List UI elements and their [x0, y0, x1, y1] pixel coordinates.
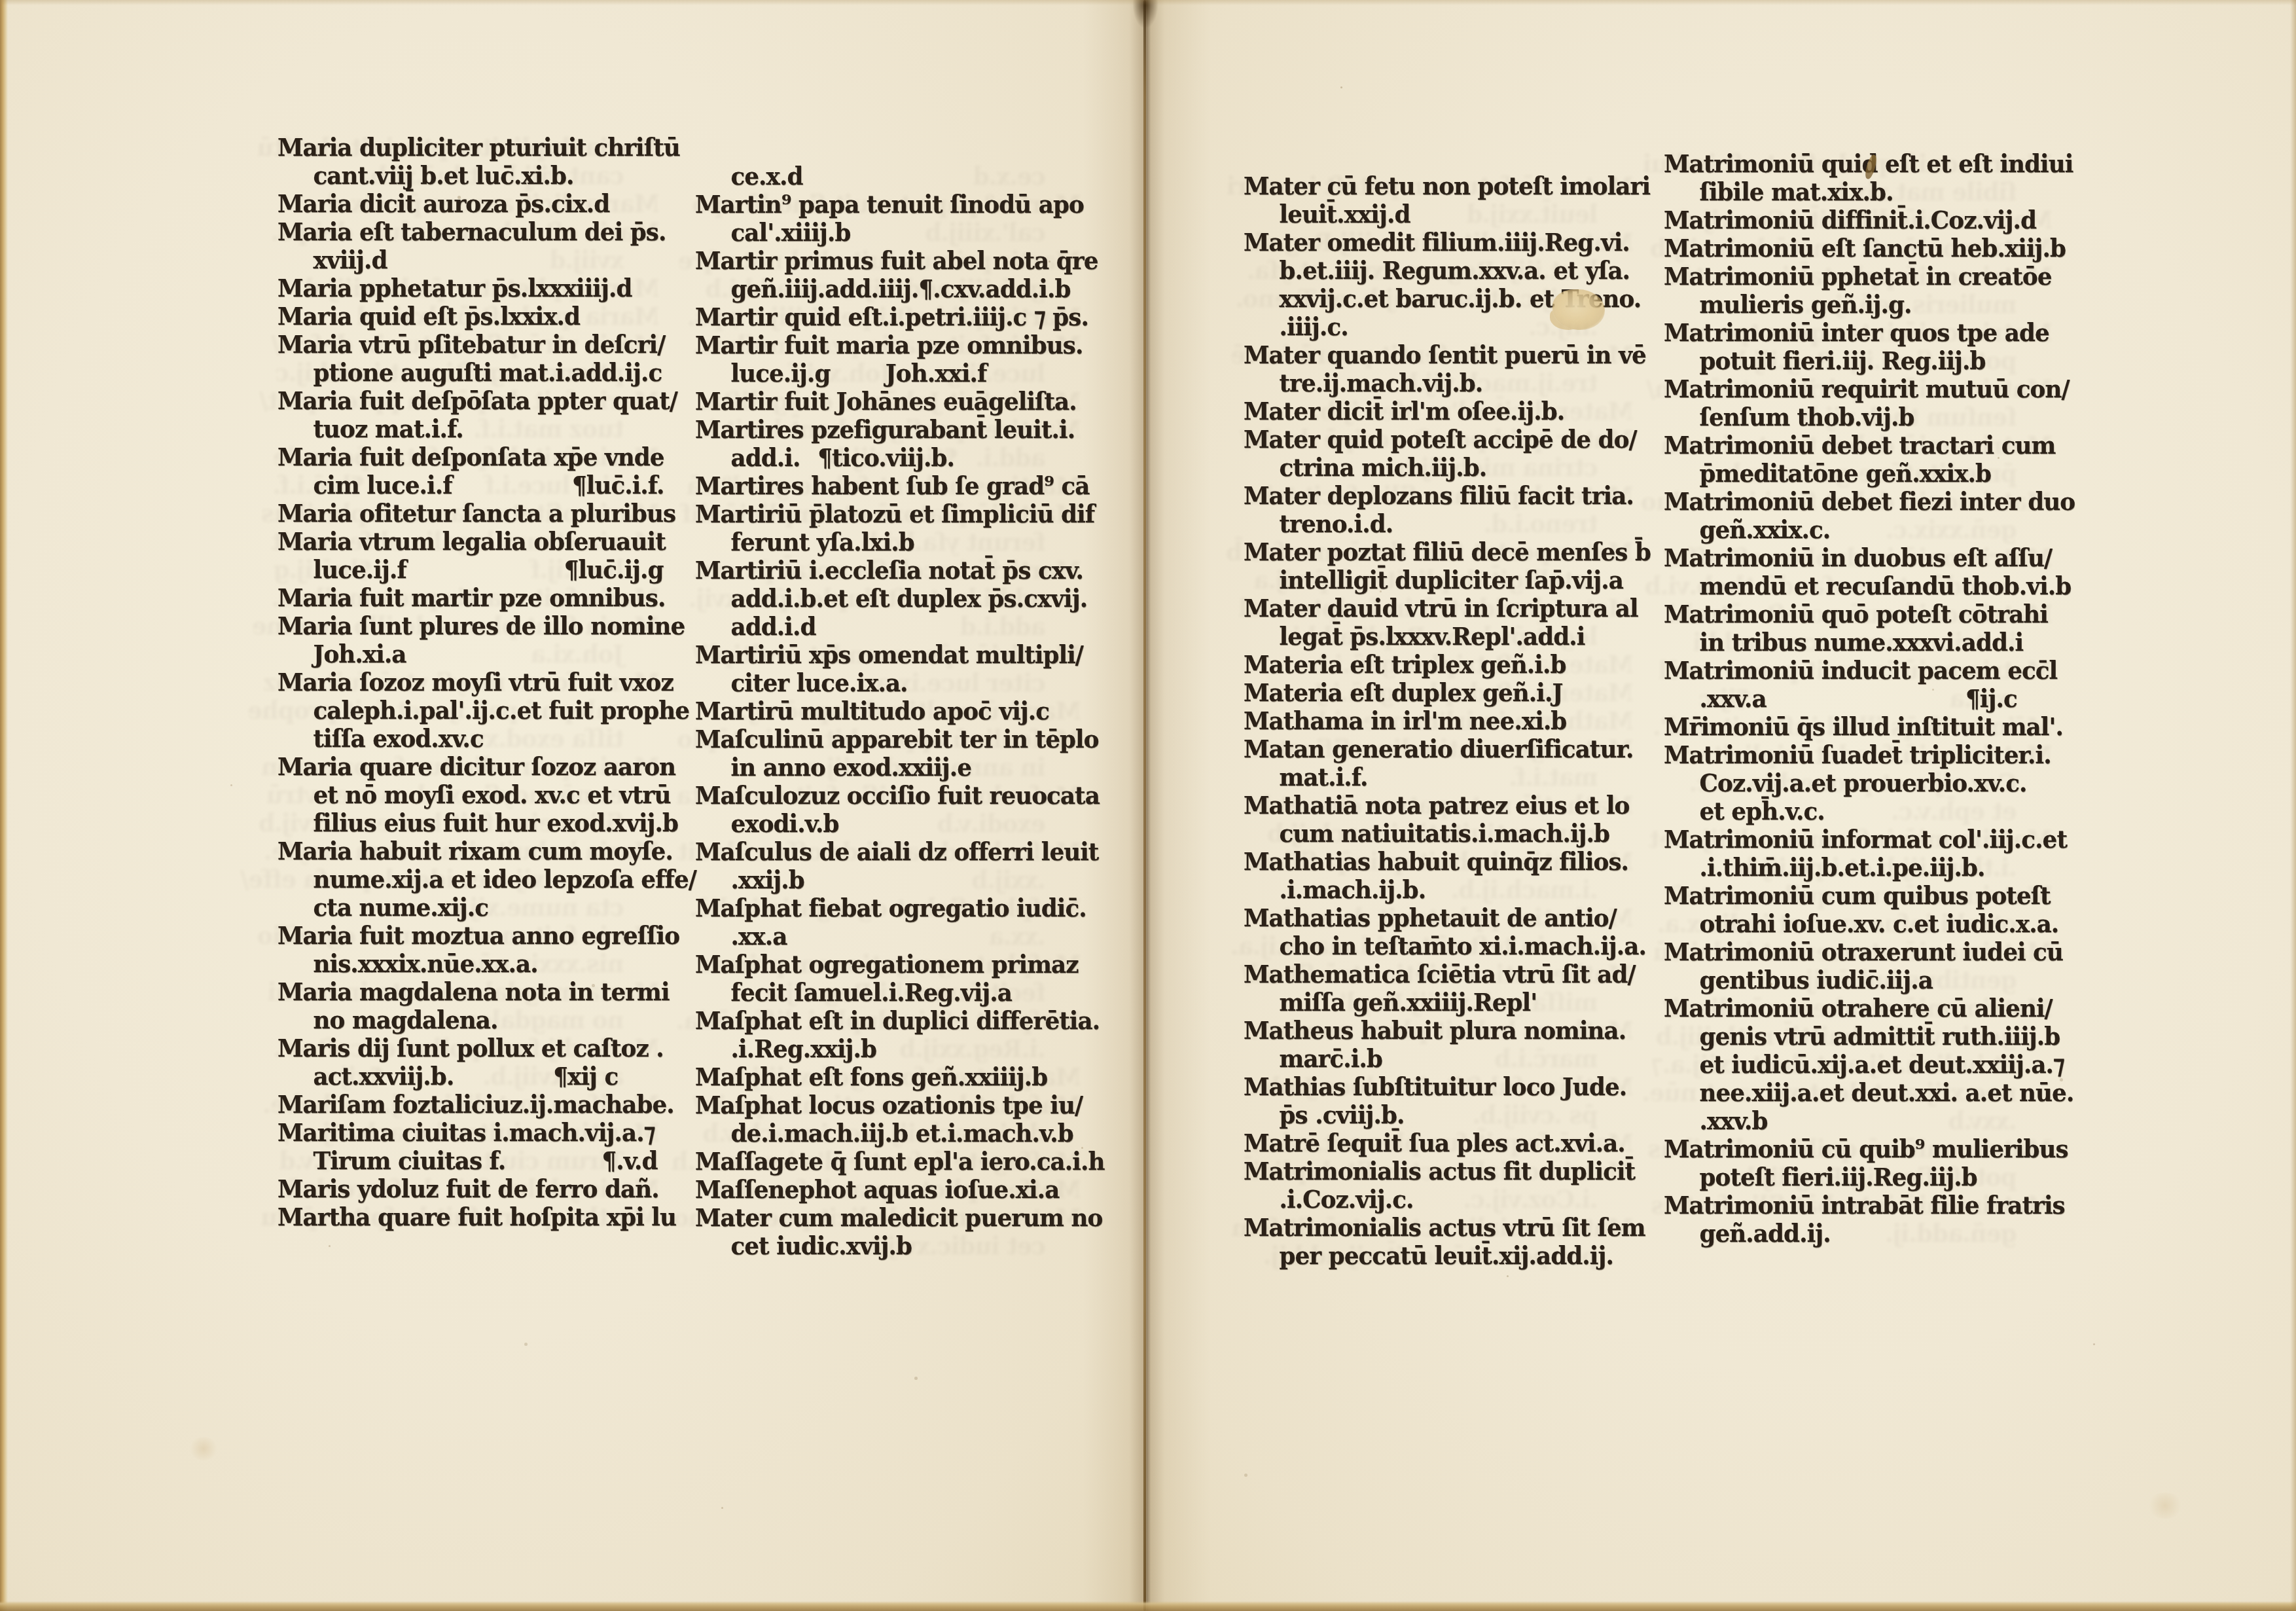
index-line: Matheus habuit plura nomina.	[1244, 1016, 1638, 1044]
index-line: filius eius fuit hur exod.xvij.b	[278, 808, 664, 837]
entry-text: de.i.mach.iij.b et.i.mach.v.b	[695, 1119, 1073, 1147]
entry-text: Mater quando ſentit puerū in vē	[1244, 340, 1646, 369]
index-line: Matrimoniū eſt ſanctū heb.xiij.b	[1664, 234, 2056, 262]
entry-text: Mariſam foztaliciuz.ij.machabe.	[278, 1090, 674, 1118]
entry-text: Maſſenephot aquas ioſue.xi.a	[695, 1175, 1059, 1203]
entry-text: exodi.v.b	[695, 809, 838, 837]
index-line: gentibus iudic̄.iij.a	[1664, 966, 2056, 994]
entry-text: Joh.xi.a	[278, 640, 406, 668]
index-line: Matrimoniū otrahere cū alieni/	[1664, 994, 2056, 1022]
entry-text: xxvij.c.et baruc.ij.b. et Treno.	[1244, 284, 1641, 312]
page-edge-top	[0, 0, 2296, 5]
index-line: Maria ſozoz moyſi vtrū fuit vxoz	[278, 668, 664, 696]
entry-text: Martires pzefigurabant̄ leuit.i.	[695, 415, 1075, 443]
entry-text: Martiriū p̄latozū et ſimpliciū dif	[695, 499, 1094, 528]
index-line: ferunt yſa.lxi.b	[695, 528, 1085, 556]
index-line: cta nume.xij.c	[278, 893, 664, 921]
index-line: Matrimoniū otraxerunt iudei cū	[1664, 937, 2056, 966]
entry-text: cho in teſtam̄to xi.i.mach.ij.a.	[1244, 932, 1646, 960]
index-line: Maſculinū apparebit ter in tēplo	[695, 725, 1085, 753]
entry-text: cim luce.i.f	[278, 471, 452, 499]
index-line: .i.Coz.vij.c.	[1244, 1185, 1638, 1213]
entry-text: in anno exod.xxiij.e	[695, 753, 971, 781]
entry-text: Martires habent ſub ſe grad⁹ cā	[695, 471, 1089, 499]
index-line: Mathatiā nota patrez eius et lo	[1244, 791, 1638, 819]
index-line: cho in teſtam̄to xi.i.mach.ij.a.	[1244, 932, 1638, 960]
entry-text: .i.mach.ij.b.	[1244, 875, 1426, 903]
entry-text: Matrimoniū inducit pacem ecc̄l	[1664, 656, 2057, 684]
index-line: Martin⁹ papa tenuit ſinodū apo	[695, 190, 1085, 218]
entry-text: Tirum ciuitas f.	[278, 1146, 505, 1174]
index-line: et iudicū.xij.a.et deut.xxiij.a.⁊	[1664, 1050, 2056, 1078]
entry-text: Maria magdalena nota in termi	[278, 977, 670, 1005]
entry-text: Maria ſozoz moyſi vtrū fuit vxoz	[278, 668, 673, 696]
entry-text: Matrimoniū otrahere cū alieni/	[1664, 994, 2053, 1022]
index-line: intelligit̄ dupliciter ſap̄.vij.a	[1244, 566, 1638, 594]
index-line: Martiriū i.eccleſia notat̄ p̄s cxv.	[695, 556, 1085, 584]
entry-text: p̄s .cviij.b.	[1244, 1100, 1405, 1129]
index-line: Martir primus fuit abel nota q̄re	[695, 246, 1085, 274]
index-line: Matrē ſequit̄ ſua ples act.xvi.a.	[1244, 1129, 1638, 1157]
entry-text: Mater deplozans filiū facit tria.	[1244, 481, 1634, 509]
index-line: Mater quando ſentit puerū in vē	[1244, 340, 1638, 369]
entry-text: Matrimonialis actus vtrū ſit ſem	[1244, 1213, 1645, 1241]
entry-text: et iudicū.xij.a.et deut.xxiij.a.⁊	[1664, 1050, 2064, 1078]
index-line: Maris ydoluz fuit de ferro dañ.	[278, 1174, 664, 1203]
reference-text: Joh.xxi.f	[886, 359, 987, 387]
index-line: Maſphat locus ozationis tpe iu/	[695, 1091, 1085, 1119]
entry-text: Martir quid eſt.i.petri.iiij.c ⁊ p̄s.	[695, 302, 1088, 331]
index-line: Mater dicit̄ irl'm oſee.ij.b.	[1244, 397, 1638, 425]
entry-text: geñ.iiij.add.iiij.¶.cxv.add.i.b	[695, 274, 1070, 302]
index-line: .xxv.b	[1664, 1106, 2056, 1134]
index-line: nis.xxxix.nūe.xx.a.	[278, 949, 664, 977]
entry-text: tuoz mat.i.f.	[278, 414, 463, 443]
entry-text: genis vtrū admittit̄ ruth.iiij.b	[1664, 1022, 2060, 1050]
index-line: citer luce.ix.a.	[695, 668, 1085, 697]
index-line: Maſculozuz occiſio fuit reuocata	[695, 781, 1085, 809]
index-line: cim luce.i.f¶luc̄.i.f.	[278, 471, 664, 499]
entry-text: Maſculozuz occiſio fuit reuocata	[695, 781, 1100, 809]
index-line: Matrimoniū intrabāt filie fratris	[1664, 1191, 2056, 1219]
entry-text: treno.i.d.	[1244, 509, 1393, 537]
index-line: Tirum ciuitas f.¶.v.d	[278, 1146, 664, 1174]
entry-text: Maſphat eſt fons geñ.xxiiij.b	[695, 1062, 1047, 1091]
entry-text: Mathatias habuit quinq̄z filios.	[1244, 847, 1628, 875]
index-line: Joh.xi.a	[278, 640, 664, 668]
index-line: Maria fuit moztua anno egreſſio	[278, 921, 664, 949]
entry-text: Maſphat ogregationem primaz	[695, 950, 1079, 978]
index-line: Matrimoniū quid eſt et eſt indiui	[1664, 149, 2056, 177]
entry-text: .i.Coz.vij.c.	[1244, 1185, 1414, 1213]
entry-text: Maria fuit deſponſata xp̄e vnde	[278, 443, 664, 471]
index-line: Matrimoniū requirit mutuū con/	[1664, 374, 2056, 403]
entry-text: .iiij.c.	[1244, 312, 1348, 340]
index-line: Maria fuit deſpōſata ppter quat/	[278, 386, 664, 414]
entry-text: add.i.b.et eſt duplex p̄s.cxvij.	[695, 584, 1087, 612]
index-line: Matrimoniū inter quos tpe ade	[1664, 318, 2056, 346]
entry-text: Maria fuit moztua anno egreſſio	[278, 921, 679, 949]
entry-text: Mater dauid vtrū in ſcriptura al	[1244, 594, 1638, 622]
entry-text: Matrimoniū debet tractari cum	[1664, 431, 2055, 459]
index-line: .i.Reg.xxij.b	[695, 1034, 1085, 1062]
reference-text: ¶.v.d	[601, 1146, 657, 1174]
index-line: add.i.b.et eſt duplex p̄s.cxvij.	[695, 584, 1085, 612]
index-line: geñ.add.ij.	[1664, 1219, 2056, 1247]
entry-text: Mater poztat filiū decē menſes b̄	[1244, 537, 1651, 566]
entry-text: Maria vtrum legalia obſeruauit	[278, 527, 666, 555]
index-line: cal'.xiiij.b	[695, 218, 1085, 246]
entry-text: Mathatiā nota patrez eius et lo	[1244, 791, 1629, 819]
entry-text: Matheus habuit plura nomina.	[1244, 1016, 1626, 1044]
index-line: Matrimoniū inducit pacem ecc̄l	[1664, 656, 2056, 684]
gutter-crease	[1143, 0, 1146, 1611]
index-line: luce.ij.f¶luc̄.ij.g	[278, 555, 664, 583]
index-line: Mater dauid vtrū in ſcriptura al	[1244, 594, 1638, 622]
index-line: Martir quid eſt.i.petri.iiij.c ⁊ p̄s.	[695, 302, 1085, 331]
entry-text: ptione auguſti mat.i.add.ij.c	[278, 358, 662, 386]
index-line: cant.viij b.et luc̄.xi.b.	[278, 161, 664, 189]
index-line: Materia eſt duplex geñ.i.J	[1244, 678, 1638, 706]
entry-text: Matrē ſequit̄ ſua ples act.xvi.a.	[1244, 1129, 1625, 1157]
entry-text: Maritima ciuitas i.mach.vij.a.⁊	[278, 1118, 655, 1146]
index-line: mulieris geñ.ij.g.	[1664, 290, 2056, 318]
index-line: Maris dij ſunt pollux et caſtoz .	[278, 1034, 664, 1062]
entry-text: Maſphat locus ozationis tpe iu/	[695, 1091, 1083, 1119]
index-line: .xxv.a¶ij.c	[1664, 684, 2056, 712]
entry-text: filius eius fuit hur exod.xvij.b	[278, 808, 678, 837]
entry-text: tre.ij.mach.vij.b.	[1244, 369, 1482, 397]
entry-text: Maria eſt tabernaculum dei p̄s.	[278, 217, 666, 245]
entry-text: .xxij.b	[695, 865, 804, 894]
index-line: Matrimoniū debet fiezi inter duo	[1664, 487, 2056, 515]
entry-text: Matrimoniū requirit mutuū con/	[1664, 374, 2070, 403]
entry-text: Martiriū xp̄s omendat multipli/	[695, 640, 1083, 668]
entry-text: Matrimoniū pphetat̄ in creatōe	[1664, 262, 2052, 290]
entry-text: Martir fuit maria pze omnibus.	[695, 331, 1083, 359]
index-line: Matrimoniū debet tractari cum	[1664, 431, 2056, 459]
index-line: Maria vtrū pſitebatur in deſcri/	[278, 330, 664, 358]
index-line: Matrimonialis actus fit duplicit̄	[1244, 1157, 1638, 1185]
entry-text: nee.xiij.a.et deut.xxi. a.et nūe.	[1664, 1078, 2073, 1106]
entry-text: Materia eſt triplex geñ.i.b	[1244, 650, 1566, 678]
entry-text: geñ.add.ij.	[1664, 1219, 1831, 1247]
index-line: Materia eſt triplex geñ.i.b	[1244, 650, 1638, 678]
index-line: Mater cū fetu non poteſt imolari	[1244, 172, 1638, 200]
entry-text: marc̄.i.b	[1244, 1044, 1382, 1072]
entry-text: Martirū multitudo apoc̄ vij.c	[695, 697, 1049, 725]
entry-text: et eph̄.v.c.	[1664, 797, 1825, 825]
index-line: Maria pphetatur p̄s.lxxxiiij.d	[278, 274, 664, 302]
index-line: Maſphat fiebat ogregatio iudic̄.	[695, 894, 1085, 922]
entry-text: no magdalena.	[278, 1005, 497, 1034]
entry-text: Maris ydoluz fuit de ferro dañ.	[278, 1174, 659, 1203]
index-line: Maſſenephot aquas ioſue.xi.a	[695, 1175, 1085, 1203]
index-column-2: ce.x.dMartin⁹ papa tenuit ſinodū apocal'…	[695, 162, 1085, 1259]
index-column-4: Matrimoniū quid eſt et eſt indiuiſibile …	[1664, 149, 2056, 1247]
entry-text: Matrimoniū cū quib⁹ mulieribus	[1664, 1134, 2068, 1163]
index-line: ctrina mich.iij.b.	[1244, 453, 1638, 481]
index-line: .xx.a	[695, 922, 1085, 950]
index-line: act.xxviij.b.¶xij c	[278, 1062, 664, 1090]
index-line: b.et.iiij. Regum.xxv.a. et yſa.	[1244, 256, 1638, 284]
index-line: Mater quid poteſt accipē de do/	[1244, 425, 1638, 453]
index-line: xviij.d	[278, 245, 664, 274]
index-line: Mathatias pphetauit de antio/	[1244, 903, 1638, 932]
index-line: Martha quare fuit hoſpita xp̄i lu	[278, 1203, 664, 1231]
entry-text: mulieris geñ.ij.g.	[1664, 290, 1912, 318]
entry-text: Martir primus fuit abel nota q̄re	[695, 246, 1098, 274]
entry-text: Matrimoniū inter quos tpe ade	[1664, 318, 2049, 346]
index-line: Matrimonialis actus vtrū ſit ſem	[1244, 1213, 1638, 1241]
entry-text: Matrimonialis actus fit duplicit̄	[1244, 1157, 1635, 1185]
index-line: Maria habuit rixam cum moyſe.	[278, 837, 664, 865]
index-line: Maria quare dicitur ſozoz aaron	[278, 752, 664, 780]
entry-text: miſſa geñ.xxiiij.Repl'	[1244, 988, 1537, 1016]
index-line: Maria dicit̄ auroza p̄s.cix.d	[278, 189, 664, 217]
index-line: Matrimoniū ſuadet̄ tripliciter.i.	[1664, 740, 2056, 769]
entry-text: Maria vtrū pſitebatur in deſcri/	[278, 330, 665, 358]
entry-text: caleph.i.pal'.ij.c.et fuit prophe	[278, 696, 689, 724]
entry-text: .xx.a	[695, 922, 787, 950]
entry-text: Maria habuit rixam cum moyſe.	[278, 837, 673, 865]
entry-text: Maria pphetatur p̄s.lxxxiiij.d	[278, 274, 632, 302]
index-line: p̄meditatōne geñ.xxix.b	[1664, 459, 2056, 487]
entry-text: leuit̄.xxij.d	[1244, 200, 1410, 228]
index-line: cum natiuitatis.i.mach.ij.b	[1244, 819, 1638, 847]
index-line: Matrimoniū diffinit̄.i.Coz.vij.d	[1664, 206, 2056, 234]
index-line: Mater deplozans filiū facit tria.	[1244, 481, 1638, 509]
entry-text: cal'.xiiij.b	[695, 218, 850, 246]
entry-text: .xxv.b	[1664, 1106, 1767, 1134]
index-line: fecit ſamuel.i.Reg.vij.a	[695, 978, 1085, 1006]
entry-text: Maſculus de aiali dz offerri leuit	[695, 837, 1098, 865]
index-line: xxvij.c.et baruc.ij.b. et Treno.	[1244, 284, 1638, 312]
index-line: Maſſagete q̄ ſunt epl'a iero.ca.i.h	[695, 1147, 1085, 1175]
index-line: p̄s .cviij.b.	[1244, 1100, 1638, 1129]
index-line: Maria dupliciter pturiuit chriſtū	[278, 133, 664, 161]
index-line: Maria magdalena nota in termi	[278, 977, 664, 1005]
entry-text: cet iudic.xvij.b	[695, 1231, 912, 1259]
entry-text: otrahi ioſue.xv. c.et iudic.x.a.	[1664, 909, 2058, 937]
entry-text: legat̄ p̄s.lxxxv.Repl'.add.i	[1244, 622, 1585, 650]
entry-text: add.i.d	[695, 612, 816, 640]
entry-text: Matrimoniū in duobus eſt aſſu/	[1664, 543, 2052, 571]
entry-text: Maria dicit̄ auroza p̄s.cix.d	[278, 189, 609, 217]
index-line: Coz.vij.a.et prouerbio.xv.c.	[1664, 769, 2056, 797]
index-line: in anno exod.xxiij.e	[695, 753, 1085, 781]
entry-text: cant.viij b.et luc̄.xi.b.	[278, 161, 574, 189]
entry-text: ſibile mat.xix.b.	[1664, 177, 1893, 206]
entry-text: mendū et recuſandū thob.vi.b	[1664, 571, 2071, 600]
index-line: Maſphat ogregationem primaz	[695, 950, 1085, 978]
entry-text: Mathatias pphetauit de antio/	[1244, 903, 1617, 932]
book-spread: Maria dupliciter pturiuit chriſtūcant.vi…	[0, 0, 2296, 1611]
index-line: Martiriū p̄latozū et ſimpliciū dif	[695, 499, 1085, 528]
entry-text: Maria ofitetur ſancta a pluribus	[278, 499, 675, 527]
entry-text: p̄meditatōne geñ.xxix.b	[1664, 459, 1991, 487]
entry-text: Martha quare fuit hoſpita xp̄i lu	[278, 1203, 676, 1231]
entry-text: ce.x.d	[695, 162, 803, 190]
index-line: Matrimoniū pphetat̄ in creatōe	[1664, 262, 2056, 290]
index-line: Maſphat eſt fons geñ.xxiiij.b	[695, 1062, 1085, 1091]
entry-text: Maria fuit martir pze omnibus.	[278, 583, 665, 611]
index-line: caleph.i.pal'.ij.c.et fuit prophe	[278, 696, 664, 724]
index-line: Matrimoniū informat col'.iij.c.et	[1664, 825, 2056, 853]
entry-text: Mater cum maledicit puerum no	[695, 1203, 1102, 1231]
index-line: .xxij.b	[695, 865, 1085, 894]
index-line: Maria ſunt plures de illo nomine	[278, 611, 664, 640]
entry-text: Matrimoniū eſt ſanctū heb.xiij.b	[1664, 234, 2066, 262]
index-line: miſſa geñ.xxiiij.Repl'	[1244, 988, 1638, 1016]
index-line: Mater omedit filium.iiij.Reg.vi.	[1244, 228, 1638, 256]
entry-text: Mathama in irl'm nee.xi.b	[1244, 706, 1566, 734]
index-line: nume.xij.a et ideo lepzoſa effe/	[278, 865, 664, 893]
index-line: Maria fuit deſponſata xp̄e vnde	[278, 443, 664, 471]
entry-text: Maria quid eſt p̄s.lxxix.d	[278, 302, 580, 330]
entry-text: Coz.vij.a.et prouerbio.xv.c.	[1664, 769, 2026, 797]
index-line: Martiriū xp̄s omendat multipli/	[695, 640, 1085, 668]
index-line: potuit fieri.iij. Reg.iij.b	[1664, 346, 2056, 374]
index-line: Maria fuit martir pze omnibus.	[278, 583, 664, 611]
index-line: Matrimoniū quō poteſt cōtrahi	[1664, 600, 2056, 628]
page-edge-left	[0, 0, 8, 1611]
entry-text: Matrimoniū quō poteſt cōtrahi	[1664, 600, 2048, 628]
index-line: Maſphat eſt in duplici differētia.	[695, 1006, 1085, 1034]
gutter-shadow	[1083, 0, 1211, 1611]
entry-text: cum natiuitatis.i.mach.ij.b	[1244, 819, 1609, 847]
index-line: add.i.¶tico.viij.b.	[695, 443, 1085, 471]
entry-text: ferunt yſa.lxi.b	[695, 528, 914, 556]
index-line: Mathematica ſciētia vtrū ſit ad/	[1244, 960, 1638, 988]
entry-text: Mr̄imoniū q̄s illud inſtituit mal'.	[1664, 712, 2063, 740]
index-line: per peccatū leuit̄.xij.add.ij.	[1244, 1241, 1638, 1269]
entry-text: in tribus nume.xxxvi.add.i	[1664, 628, 2023, 656]
entry-text: Maſculinū apparebit ter in tēplo	[695, 725, 1099, 753]
index-line: Martirū multitudo apoc̄ vij.c	[695, 697, 1085, 725]
index-line: Mathatias habuit quinq̄z filios.	[1244, 847, 1638, 875]
entry-text: mat.i.f.	[1244, 763, 1367, 791]
entry-text: Matrimoniū cum quibus poteſt	[1664, 881, 2051, 909]
index-line: Martir fuit maria pze omnibus.	[695, 331, 1085, 359]
index-line: in tribus nume.xxxvi.add.i	[1664, 628, 2056, 656]
index-line: Mater cum maledicit puerum no	[695, 1203, 1085, 1231]
entry-text: Materia eſt duplex geñ.i.J	[1244, 678, 1562, 706]
index-line: Maria ofitetur ſancta a pluribus	[278, 499, 664, 527]
entry-text: gentibus iudic̄.iij.a	[1664, 966, 1933, 994]
index-line: Maſculus de aiali dz offerri leuit	[695, 837, 1085, 865]
entry-text: act.xxviij.b.	[278, 1062, 454, 1090]
entry-text: xviij.d	[278, 245, 387, 274]
entry-text: Mater quid poteſt accipē de do/	[1244, 425, 1637, 453]
entry-text: ſenſum thob.vij.b	[1664, 403, 1914, 431]
entry-text: Matrimoniū debet fiezi inter duo	[1664, 487, 2075, 515]
entry-text: Maria quare dicitur ſozoz aaron	[278, 752, 675, 780]
reference-text: ¶luc̄.ij.g	[564, 555, 664, 583]
entry-text: cta nume.xij.c	[278, 893, 488, 921]
index-line: Matrimoniū cum quibus poteſt	[1664, 881, 2056, 909]
index-line: Mariſam foztaliciuz.ij.machabe.	[278, 1090, 664, 1118]
entry-text: Matrimoniū informat col'.iij.c.et	[1664, 825, 2067, 853]
entry-text: geñ.xxix.c.	[1664, 515, 1830, 543]
entry-text: Matrimoniū ſuadet̄ tripliciter.i.	[1664, 740, 2051, 769]
entry-text: per peccatū leuit̄.xij.add.ij.	[1244, 1241, 1613, 1269]
reference-text: ¶ij.c	[1965, 684, 2017, 712]
entry-text: Maria fuit deſpōſata ppter quat/	[278, 386, 677, 414]
entry-text: .i.thim̄.iij.b.et.i.pe.iij.b.	[1664, 853, 1985, 881]
entry-text: Maſſagete q̄ ſunt epl'a iero.ca.i.h	[695, 1147, 1104, 1175]
entry-text: Matrimoniū quid eſt et eſt indiui	[1664, 149, 2073, 177]
index-line: geñ.xxix.c.	[1664, 515, 2056, 543]
index-line: ptione auguſti mat.i.add.ij.c	[278, 358, 664, 386]
entry-text: citer luce.ix.a.	[695, 668, 908, 697]
entry-text: add.i.	[695, 443, 800, 471]
index-line: ſibile mat.xix.b.	[1664, 177, 2056, 206]
index-line: Martires habent ſub ſe grad⁹ cā	[695, 471, 1085, 499]
index-line: otrahi ioſue.xv. c.et iudic.x.a.	[1664, 909, 2056, 937]
entry-text: Maris dij ſunt pollux et caſtoz .	[278, 1034, 664, 1062]
entry-text: Maria dupliciter pturiuit chriſtū	[278, 133, 680, 161]
index-line: Martir fuit Johānes euāgeliſta.	[695, 387, 1085, 415]
reference-text: ¶tico.viij.b.	[817, 443, 954, 471]
entry-text: Matrimoniū diffinit̄.i.Coz.vij.d	[1664, 206, 2036, 234]
index-line: leuit̄.xxij.d	[1244, 200, 1638, 228]
index-line: no magdalena.	[278, 1005, 664, 1034]
entry-text: Mater cū fetu non poteſt imolari	[1244, 172, 1650, 200]
index-line: Mathias ſubſtituitur loco Jude.	[1244, 1072, 1638, 1100]
index-line: treno.i.d.	[1244, 509, 1638, 537]
index-line: Matan generatio diuerſificatur.	[1244, 734, 1638, 763]
index-line: Mr̄imoniū q̄s illud inſtituit mal'.	[1664, 712, 2056, 740]
index-column-1: Maria dupliciter pturiuit chriſtūcant.vi…	[278, 133, 664, 1231]
index-line: Maritima ciuitas i.mach.vij.a.⁊	[278, 1118, 664, 1146]
index-line: Maria vtrum legalia obſeruauit	[278, 527, 664, 555]
index-line: genis vtrū admittit̄ ruth.iiij.b	[1664, 1022, 2056, 1050]
index-line: geñ.iiij.add.iiij.¶.cxv.add.i.b	[695, 274, 1085, 302]
entry-text: Maſphat eſt in duplici differētia.	[695, 1006, 1100, 1034]
index-line: tiſſa exod.xv.c	[278, 724, 664, 752]
entry-text: ctrina mich.iij.b.	[1244, 453, 1486, 481]
entry-text: .xxv.a	[1664, 684, 1767, 712]
index-line: Matrimoniū cū quib⁹ mulieribus	[1664, 1134, 2056, 1163]
index-line: tuoz mat.i.f.	[278, 414, 664, 443]
entry-text: .i.Reg.xxij.b	[695, 1034, 876, 1062]
entry-text: b.et.iiij. Regum.xxv.a. et yſa.	[1244, 256, 1630, 284]
index-line: .iiij.c.	[1244, 312, 1638, 340]
entry-text: Mathematica ſciētia vtrū ſit ad/	[1244, 960, 1636, 988]
entry-text: Martiriū i.eccleſia notat̄ p̄s cxv.	[695, 556, 1083, 584]
index-line: add.i.d	[695, 612, 1085, 640]
entry-text: Maſphat fiebat ogregatio iudic̄.	[695, 894, 1086, 922]
index-line: luce.ij.gJoh.xxi.f	[695, 359, 1085, 387]
reference-text: ¶xij c	[553, 1062, 618, 1090]
entry-text: poteſt fieri.iij.Reg.iij.b	[1664, 1163, 1977, 1191]
index-line: legat̄ p̄s.lxxxv.Repl'.add.i	[1244, 622, 1638, 650]
index-line: et nō moyſi exod. xv.c et vtrū	[278, 780, 664, 808]
page-edge-right	[2290, 0, 2296, 1611]
entry-text: Matrimoniū otraxerunt iudei cū	[1664, 937, 2063, 966]
entry-text: nis.xxxix.nūe.xx.a.	[278, 949, 538, 977]
entry-text: nume.xij.a et ideo lepzoſa effe/	[278, 865, 696, 893]
index-line: Mater poztat filiū decē menſes b̄	[1244, 537, 1638, 566]
index-line: Maria quid eſt p̄s.lxxix.d	[278, 302, 664, 330]
index-line: nee.xiij.a.et deut.xxi. a.et nūe.	[1664, 1078, 2056, 1106]
page-edge-bottom	[0, 1601, 2296, 1611]
entry-text: Martir fuit Johānes euāgeliſta.	[695, 387, 1077, 415]
index-line: mendū et recuſandū thob.vi.b	[1664, 571, 2056, 600]
entry-text: luce.ij.g	[695, 359, 830, 387]
entry-text: Mater omedit filium.iiij.Reg.vi.	[1244, 228, 1630, 256]
